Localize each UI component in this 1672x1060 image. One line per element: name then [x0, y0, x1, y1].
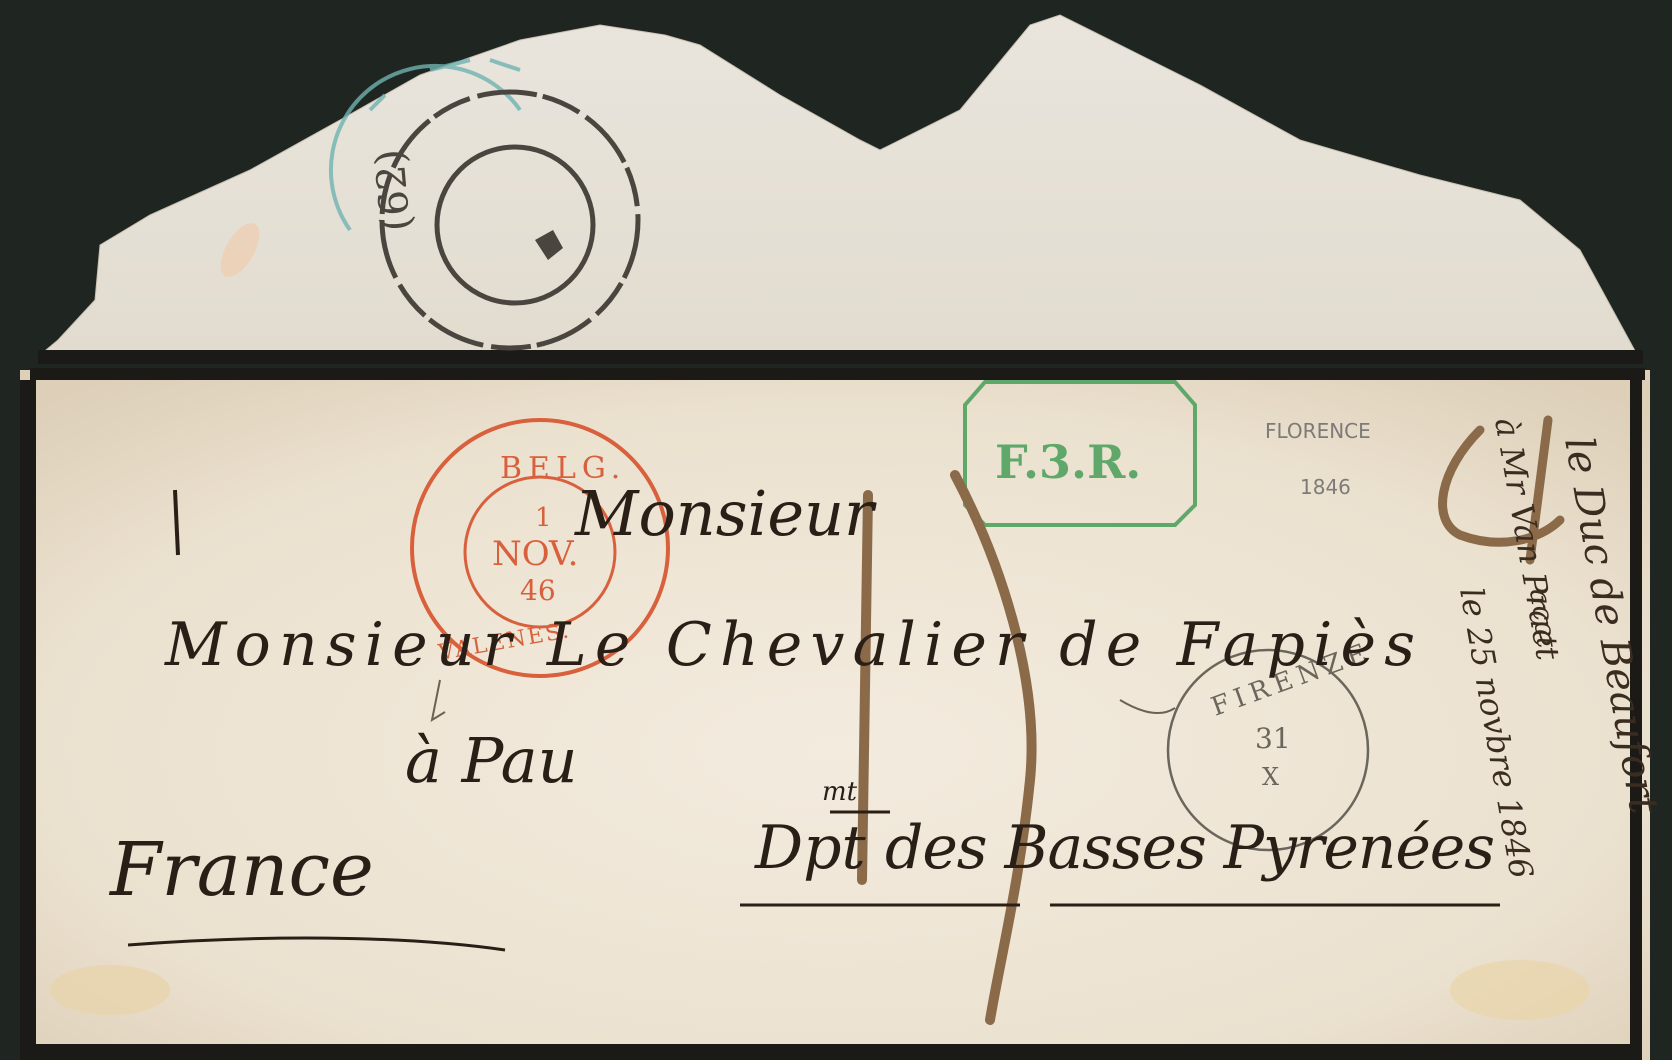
- address-line-4: des Basses Pyrenées: [885, 813, 1495, 883]
- svg-text:NOV.: NOV.: [492, 534, 578, 574]
- svg-text:(62): (62): [367, 147, 420, 233]
- address-line-1: Monsieur: [574, 477, 877, 550]
- svg-text:46: 46: [520, 574, 556, 607]
- envelope-photo: (62) BELG. 1 NOV. 46 VALENES. F.3.R. FIR…: [0, 0, 1672, 1060]
- address-country: France: [108, 827, 374, 913]
- envelope-body: [20, 370, 1650, 1060]
- address-line-2: Monsieur Le Chevalier de Fapiès: [164, 610, 1415, 680]
- envelope-scene: (62) BELG. 1 NOV. 46 VALENES. F.3.R. FIR…: [0, 0, 1672, 1060]
- stain: [1450, 960, 1590, 1020]
- address-dpt-prefix: Dpt: [754, 813, 867, 883]
- mourning-band-top: [38, 350, 1643, 364]
- svg-text:F.3.R.: F.3.R.: [995, 435, 1141, 489]
- address-dpt-superscript: mt: [822, 777, 858, 807]
- address-line-3: à Pau: [405, 724, 578, 797]
- stain: [50, 965, 170, 1015]
- svg-text:1846: 1846: [1300, 475, 1351, 499]
- svg-text:FLORENCE: FLORENCE: [1265, 419, 1371, 443]
- svg-text:1: 1: [535, 503, 552, 533]
- mourning-band-left: [20, 380, 36, 1060]
- envelope-flap: [40, 15, 1640, 360]
- svg-text:31: 31: [1255, 722, 1291, 755]
- svg-text:X: X: [1262, 763, 1279, 791]
- mourning-band-bottom: [20, 1044, 1642, 1060]
- mourning-band-inner: [30, 368, 1645, 380]
